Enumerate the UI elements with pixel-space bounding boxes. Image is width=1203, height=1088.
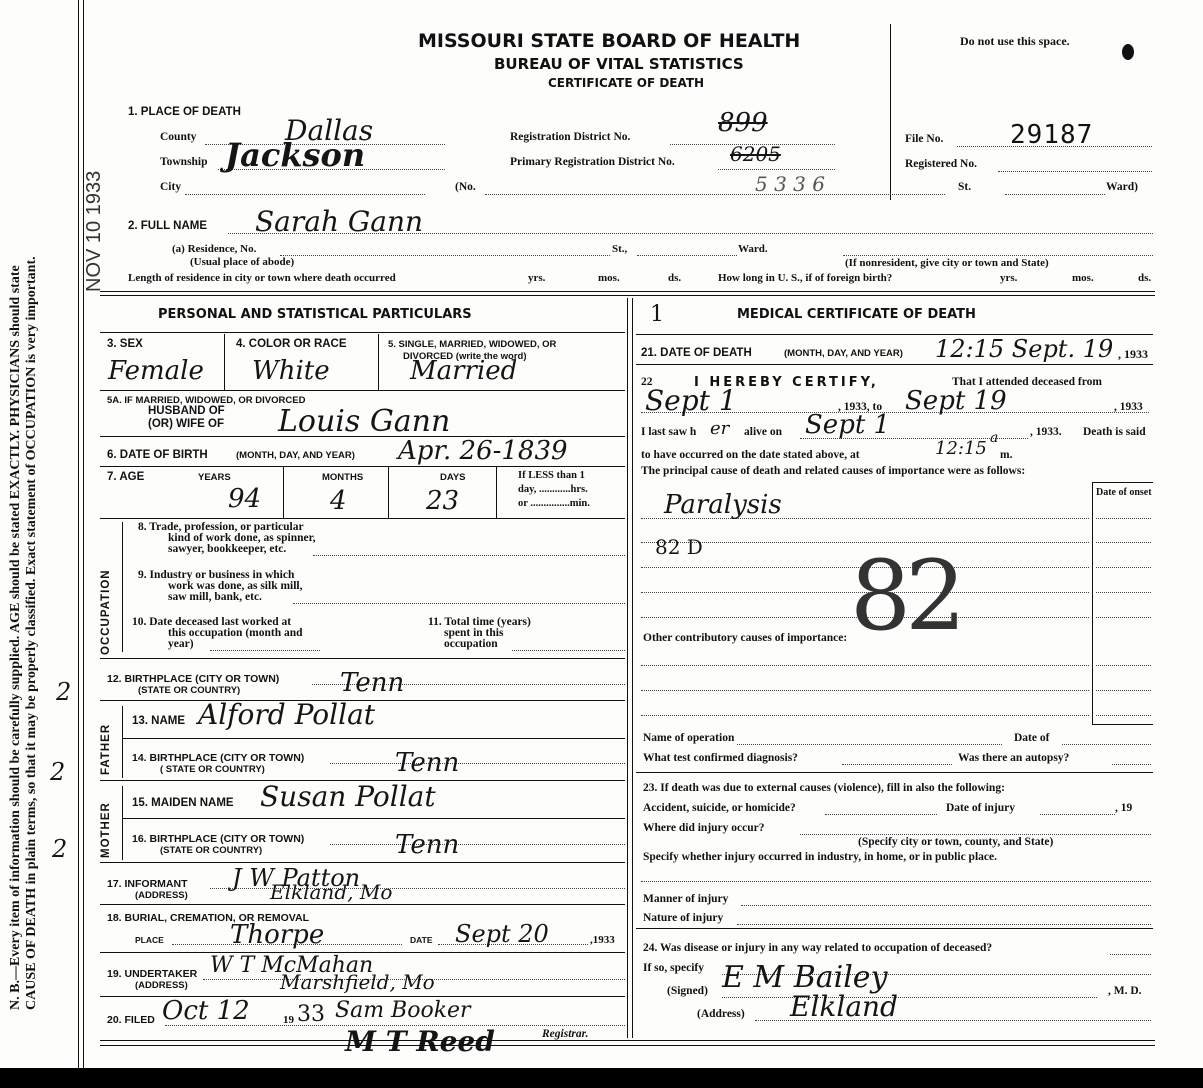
- cause-code: 82 D: [655, 535, 703, 559]
- city-marks: 5 3 3 6: [755, 172, 825, 196]
- last-saw-pronoun: er: [710, 418, 729, 439]
- reg-district-value: 899: [718, 108, 768, 138]
- burial-place-value: Thorpe: [230, 920, 324, 950]
- registrar-signature-2: Sam Booker: [335, 998, 471, 1023]
- informant-address-value: Elkland, Mo: [270, 880, 392, 904]
- received-stamp: NOV 10 1933: [86, 171, 102, 292]
- file-number: 29187: [1010, 120, 1093, 150]
- attended-to-year: , 1933: [1114, 401, 1143, 413]
- margin-note-line-1: N. B.—Every item of information should b…: [8, 256, 24, 1010]
- burial-date-value: Sept 20: [455, 920, 549, 948]
- registered-no-label: Registered No.: [905, 158, 977, 170]
- if-so-specify-label: If so, specify: [643, 962, 704, 974]
- personal-section-title: PERSONAL AND STATISTICAL PARTICULARS: [158, 307, 472, 322]
- rule: [100, 291, 1155, 292]
- age-days-value: 23: [426, 486, 459, 516]
- filed-year-prefix: 19: [283, 1014, 294, 1026]
- father-birthplace-sub: ( STATE OR COUNTRY): [160, 764, 265, 775]
- age-years-value: 94: [228, 484, 261, 514]
- residence-label: (a) Residence, No.: [172, 243, 256, 255]
- margin-note-line-2: CAUSE OF DEATH in plain terms, so that i…: [24, 256, 40, 1010]
- father-side-label: FATHER: [100, 724, 112, 775]
- burial-year: ,1933: [590, 934, 615, 946]
- mother-birthplace-sub: (STATE OR COUNTRY): [160, 845, 262, 856]
- less-than-label: If LESS than 1: [518, 470, 585, 481]
- last-saw-label: I last saw h: [641, 426, 696, 438]
- date-of-injury-19: , 19: [1115, 802, 1132, 814]
- nature-of-injury-label: Nature of injury: [643, 912, 723, 924]
- primary-reg-value: 6205: [730, 142, 781, 166]
- years-label: YEARS: [198, 472, 231, 483]
- occurred-m: m.: [1000, 449, 1012, 461]
- primary-reg-label: Primary Registration District No.: [510, 156, 675, 168]
- margin-note: N. B.—Every item of information should b…: [8, 256, 40, 1010]
- last-saw-year: , 1933.: [1030, 426, 1062, 438]
- township-label: Township: [160, 156, 208, 168]
- trade-label: 8. Trade, profession, or particular kind…: [138, 522, 316, 555]
- filed-date-value: Oct 12: [162, 996, 250, 1026]
- operation-label: Name of operation: [643, 732, 734, 744]
- dob-sub: (MONTH, DAY, AND YEAR): [236, 450, 355, 461]
- residence-ward-label: Ward.: [738, 243, 768, 255]
- foreign-birth-label: How long in U. S., if of foreign birth?: [718, 272, 892, 284]
- last-saw-alive: alive on: [744, 426, 782, 438]
- residence-sub: (Usual place of abode): [190, 256, 294, 268]
- full-name-label: 2. FULL NAME: [128, 220, 207, 232]
- operation-date-label: Date of: [1014, 732, 1049, 744]
- undertaker-address-label: (ADDRESS): [135, 980, 188, 991]
- birthplace-sub: (STATE OR COUNTRY): [138, 685, 240, 696]
- attended-from-value: Sept 1: [645, 384, 737, 417]
- occurred-ampm: a: [990, 430, 998, 446]
- medical-section-title: MEDICAL CERTIFICATE OF DEATH: [737, 307, 976, 322]
- race-label: 4. COLOR OR RACE: [236, 338, 347, 350]
- less-than-minutes: or ...............min.: [518, 498, 590, 509]
- father-birthplace-label: 14. BIRTHPLACE (CITY OR TOWN): [132, 752, 304, 764]
- signed-label: (Signed): [667, 985, 708, 997]
- ink-blot: [1122, 44, 1134, 60]
- father-birthplace-value: Tenn: [395, 748, 459, 778]
- occurred-time: 12:15: [935, 438, 987, 459]
- physician-address-value: Elkland: [790, 990, 898, 1023]
- column-divider: [627, 298, 628, 1038]
- registrar-signature: M T Reed: [345, 1025, 495, 1058]
- length-of-residence-label: Length of residence in city or town wher…: [128, 272, 396, 284]
- cause-of-death-value: Paralysis: [664, 490, 782, 520]
- foreign-mos-label: mos.: [1072, 272, 1094, 284]
- informant-label: 17. INFORMANT: [107, 878, 188, 890]
- mother-birthplace-value: Tenn: [395, 830, 459, 860]
- occupation-side-label: OCCUPATION: [100, 569, 112, 655]
- sex-label: 3. SEX: [107, 338, 143, 350]
- undertaker-address-value: Marshfield, Mo: [280, 970, 435, 994]
- last-saw-value: Sept 1: [805, 410, 890, 440]
- manner-of-injury-label: Manner of injury: [643, 893, 728, 905]
- marital-value: Married: [410, 356, 517, 386]
- date-of-death-year: , 1933: [1118, 347, 1148, 362]
- burial-place-label: PLACE: [135, 935, 164, 945]
- mother-birthplace-label: 16. BIRTHPLACE (CITY OR TOWN): [132, 833, 304, 845]
- race-value: White: [252, 356, 330, 386]
- age-months-value: 4: [330, 486, 347, 516]
- margin-mark-3: 2: [52, 835, 67, 863]
- margin-border: [78, 0, 79, 1068]
- last-worked-label: 10. Date deceased last worked at this oc…: [132, 617, 303, 650]
- date-of-death-label: 21. DATE OF DEATH: [641, 347, 752, 359]
- date-of-injury-label: Date of injury: [946, 802, 1015, 814]
- yrs-label: yrs.: [528, 272, 545, 284]
- bureau-title: BUREAU OF VITAL STATISTICS: [494, 55, 744, 73]
- dob-label: 6. DATE OF BIRTH: [107, 449, 208, 461]
- autopsy-label: Was there an autopsy?: [958, 752, 1069, 764]
- dob-value: Apr. 26-1839: [398, 436, 568, 466]
- date-of-onset-label: Date of onset: [1096, 487, 1152, 498]
- test-confirmed-label: What test confirmed diagnosis?: [643, 752, 798, 764]
- mother-side-label: MOTHER: [100, 802, 112, 858]
- sex-value: Female: [108, 356, 204, 386]
- city-label: City: [160, 181, 181, 193]
- residence-st-label: St.,: [612, 243, 627, 255]
- industry-label: 9. Industry or business in which work wa…: [138, 570, 303, 603]
- attended-to-value: Sept 19: [905, 386, 1007, 416]
- form-title: CERTIFICATE OF DEATH: [548, 76, 704, 90]
- do-not-use-label: Do not use this space.: [960, 34, 1070, 49]
- spouse-value: Louis Gann: [278, 404, 450, 439]
- nonresident-note: (If nonresident, give city or town and S…: [845, 257, 1049, 269]
- total-time-label: 11. Total time (years) spent in this occ…: [428, 617, 531, 650]
- mother-name-label: 15. MAIDEN NAME: [132, 797, 234, 809]
- ds-label: ds.: [668, 272, 681, 284]
- file-no-label: File No.: [905, 133, 943, 145]
- cause-code-large: 82: [850, 540, 960, 652]
- reg-district-label: Registration District No.: [510, 131, 630, 143]
- principal-cause-label: The principal cause of death and related…: [641, 465, 1025, 477]
- death-said-label: Death is said: [1083, 426, 1146, 438]
- ward-label: Ward): [1106, 181, 1138, 193]
- burial-date-label: DATE: [410, 935, 433, 945]
- md-label: , M. D.: [1108, 985, 1142, 997]
- filed-label: 20. FILED: [107, 1014, 155, 1026]
- medical-section-mark: 1: [650, 302, 664, 327]
- husband-of-label: HUSBAND OF: [148, 405, 225, 417]
- column-divider: [632, 298, 633, 1038]
- mos-label: mos.: [598, 272, 620, 284]
- rule: [100, 295, 1155, 296]
- less-than-hours: day, ............hrs.: [518, 484, 588, 495]
- where-injury-label: Where did injury occur?: [643, 822, 765, 834]
- county-label: County: [160, 131, 196, 143]
- death-certificate: N. B.—Every item of information should b…: [0, 0, 1203, 1068]
- foreign-yrs-label: yrs.: [1000, 272, 1017, 284]
- street-number-label: (No.: [455, 181, 476, 193]
- other-causes-label: Other contributory causes of importance:: [643, 632, 847, 644]
- days-label: DAYS: [440, 472, 466, 483]
- father-name-label: 13. NAME: [132, 715, 185, 727]
- registrar-label: Registrar.: [542, 1028, 588, 1040]
- filed-year-value: 33: [297, 1002, 325, 1027]
- margin-mark-2: 2: [50, 758, 65, 786]
- where-injury-sub: (Specify city or town, county, and State…: [858, 836, 1053, 848]
- undertaker-label: 19. UNDERTAKER: [107, 968, 197, 980]
- months-label: MONTHS: [322, 472, 363, 483]
- external-causes-label: 23. If death was due to external causes …: [643, 782, 1005, 794]
- margin-border-inner: [83, 0, 84, 1068]
- accident-label: Accident, suicide, or homicide?: [643, 802, 796, 814]
- margin-mark-1: 2: [56, 678, 71, 706]
- age-label: 7. AGE: [107, 471, 144, 483]
- informant-address-label: (ADDRESS): [135, 890, 188, 901]
- mother-name-value: Susan Pollat: [260, 780, 436, 813]
- place-of-death-label: 1. PLACE OF DEATH: [128, 106, 241, 118]
- address-label: (Address): [697, 1008, 745, 1020]
- board-title: MISSOURI STATE BOARD OF HEALTH: [418, 30, 800, 52]
- birthplace-label: 12. BIRTHPLACE (CITY OR TOWN): [107, 673, 279, 685]
- occupation-related-label: 24. Was disease or injury in any way rel…: [643, 942, 992, 954]
- wife-of-label: (OR) WIFE OF: [148, 418, 224, 430]
- date-of-death-value: 12:15 Sept. 19: [935, 335, 1113, 363]
- specify-place-label: Specify whether injury occurred in indus…: [643, 851, 997, 863]
- header-divider: [890, 24, 891, 200]
- township-value: Jackson: [225, 136, 365, 174]
- birthplace-value: Tenn: [340, 668, 404, 698]
- full-name-value: Sarah Gann: [255, 205, 423, 238]
- occurred-label: to have occurred on the date stated abov…: [641, 449, 860, 461]
- marital-label: 5. SINGLE, MARRIED, WIDOWED, OR: [388, 339, 556, 350]
- date-of-death-sub: (MONTH, DAY, AND YEAR): [784, 348, 903, 359]
- st-label: St.: [958, 181, 971, 193]
- foreign-ds-label: ds.: [1138, 272, 1151, 284]
- father-name-value: Alford Pollat: [198, 698, 375, 731]
